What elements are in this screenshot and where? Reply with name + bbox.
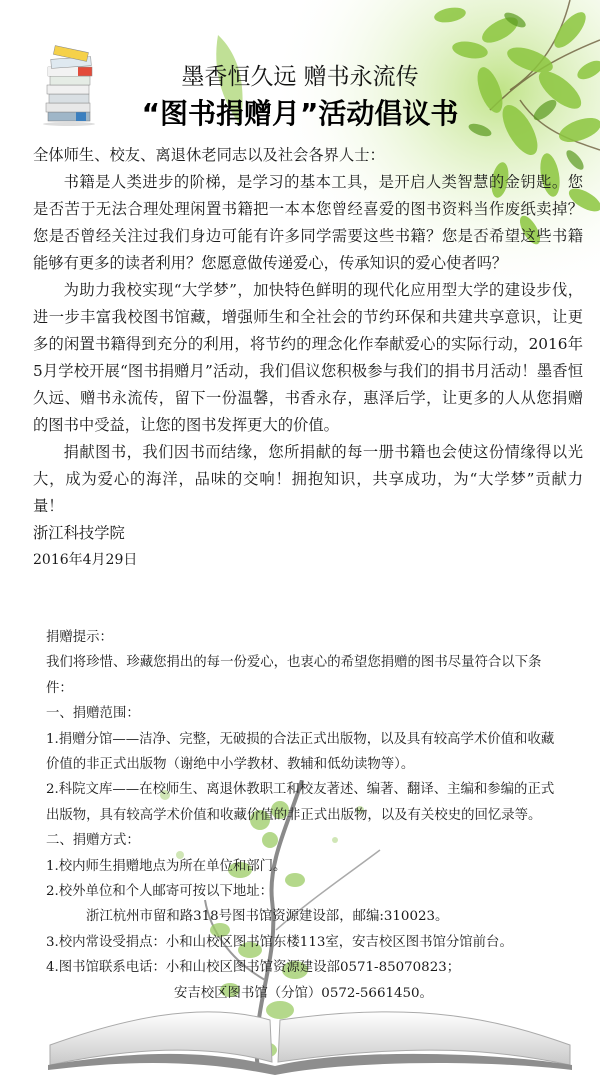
tips-intro: 我们将珍惜、珍藏您捐出的每一份爱心，也衷心的希望您捐赠的图书尽量符合以下条件：	[46, 650, 566, 701]
letter-paragraph-1: 书籍是人类进步的阶梯，是学习的基本工具，是开启人类智慧的金钥匙。您是否苦于无法合…	[33, 169, 583, 277]
method-item-1: 1.校内师生捐赠地点为所在单位和部门。	[46, 854, 566, 879]
page-title-main: “图书捐赠月”活动倡议书	[0, 92, 600, 132]
method-item-2: 2.校外单位和个人邮寄可按以下地址：	[46, 879, 566, 904]
scope-item-1: 1.捐赠分馆——洁净、完整，无破损的合法正式出版物，以及具有较高学术价值和收藏价…	[46, 727, 566, 778]
donation-proposal-page: 墨香恒久远 赠书永流传 “图书捐赠月”活动倡议书	[0, 0, 600, 1089]
phone-line-2: 安吉校区图书馆（分馆）0572-5661450。	[46, 981, 566, 1006]
proposal-letter: 全体师生、校友、离退休老同志以及社会各界人士： 书籍是人类进步的阶梯，是学习的基…	[33, 142, 583, 574]
tips-heading: 捐赠提示：	[46, 625, 566, 650]
letter-paragraph-2: 为助力我校实现“大学梦”，加快特色鲜明的现代化应用型大学的建设步伐，进一步丰富我…	[33, 277, 583, 439]
page-title-slogan: 墨香恒久远 赠书永流传	[0, 58, 600, 91]
salutation: 全体师生、校友、离退休老同志以及社会各界人士：	[33, 142, 583, 169]
mailing-address: 浙江杭州市留和路318号图书馆资源建设部，邮编:310023。	[46, 904, 566, 929]
scope-item-2: 2.科院文库——在校师生、离退休教职工和校友著述、编著、翻译、主编和参编的正式出…	[46, 777, 566, 828]
signature-organization: 浙江科技学院	[33, 520, 573, 547]
letter-paragraph-3: 捐献图书，我们因书而结缘，您所捐献的每一册书籍也会使这份情缘得以光大，成为爱心的…	[33, 439, 583, 520]
donation-tips: 捐赠提示： 我们将珍惜、珍藏您捐出的每一份爱心，也衷心的希望您捐赠的图书尽量符合…	[46, 625, 566, 1006]
signature-date: 2016年4月29日	[33, 547, 575, 574]
scope-heading: 一、捐赠范围：	[46, 701, 566, 726]
method-heading: 二、捐赠方式：	[46, 828, 566, 853]
drop-points: 3.校内常设受捐点：小和山校区图书馆东楼113室，安吉校区图书馆分馆前台。	[46, 930, 566, 955]
phone-line-1: 4.图书馆联系电话：小和山校区图书馆资源建设部0571-85070823；	[46, 955, 566, 980]
